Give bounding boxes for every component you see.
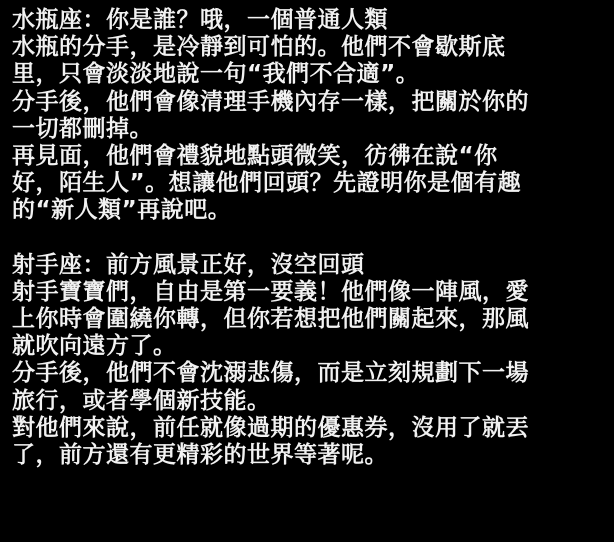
text-line: 上你時會圍繞你轉，但你若想把他們關起來，那風 <box>12 306 612 333</box>
section-title: 射手座：前方風景正好，沒空回頭 <box>12 252 612 279</box>
text-line: 對他們來說，前任就像過期的優惠券，沒用了就丟 <box>12 415 612 442</box>
section-divider <box>12 225 612 252</box>
text-line: 的“新人類”再說吧。 <box>12 197 612 224</box>
text-line: 里，只會淡淡地說一句“我們不合適”。 <box>12 61 612 88</box>
section-aquarius: 水瓶座：你是誰？哦，一個普通人類 水瓶的分手，是冷靜到可怕的。他們不會歇斯底 里… <box>12 7 612 225</box>
text-line: 旅行，或者學個新技能。 <box>12 388 612 415</box>
text-line: 好，陌生人”。想讓他們回頭？先證明你是個有趣 <box>12 170 612 197</box>
text-line: 再見面，他們會禮貌地點頭微笑，彷彿在說“你 <box>12 143 612 170</box>
text-line: 射手寶寶們，自由是第一要義！他們像一陣風，愛 <box>12 279 612 306</box>
text-line: 分手後，他們不會沈溺悲傷，而是立刻規劃下一場 <box>12 360 612 387</box>
text-line: 了，前方還有更精彩的世界等著呢。 <box>12 442 612 469</box>
section-sagittarius: 射手座：前方風景正好，沒空回頭 射手寶寶們，自由是第一要義！他們像一陣風，愛 上… <box>12 252 612 470</box>
document-body: 水瓶座：你是誰？哦，一個普通人類 水瓶的分手，是冷靜到可怕的。他們不會歇斯底 里… <box>12 7 612 469</box>
text-line: 水瓶的分手，是冷靜到可怕的。他們不會歇斯底 <box>12 34 612 61</box>
section-title: 水瓶座：你是誰？哦，一個普通人類 <box>12 7 612 34</box>
text-line: 分手後，他們會像清理手機內存一樣，把關於你的 <box>12 89 612 116</box>
text-line: 一切都刪掉。 <box>12 116 612 143</box>
text-line: 就吹向遠方了。 <box>12 333 612 360</box>
